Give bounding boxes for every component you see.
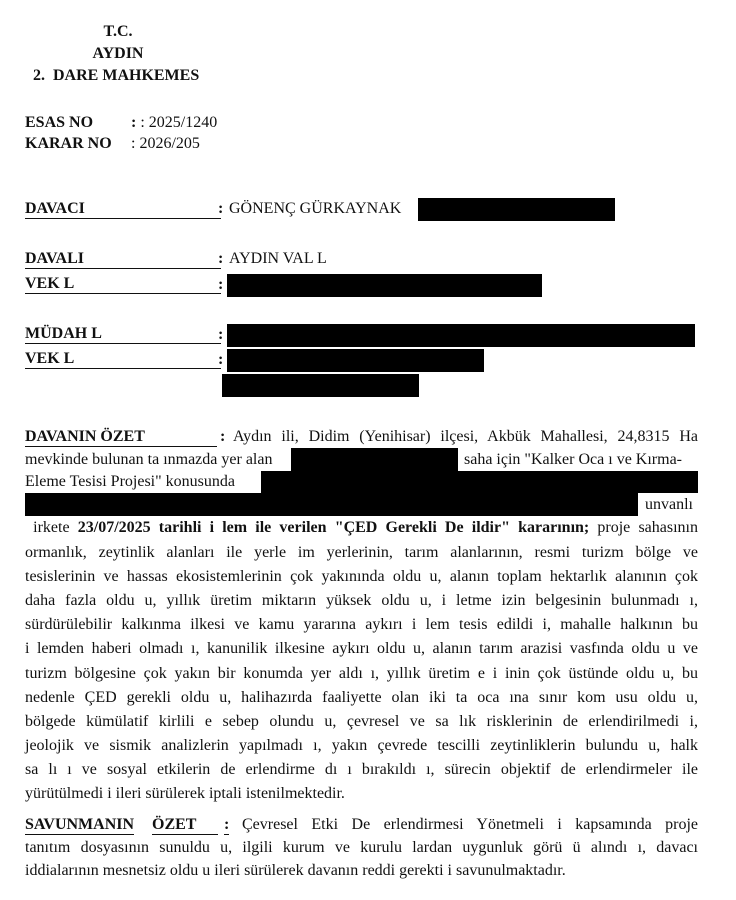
mudahil-colon: : [218, 326, 223, 344]
dava-ozeti-line-8: daha fazla oldu u, yıllık üretim miktarı… [25, 590, 698, 612]
header-court: 2. DARE MAHKEMES [33, 67, 199, 85]
mudahil-label: MÜDAH L [25, 325, 221, 344]
davaci-label: DAVACI [25, 200, 221, 219]
redaction-mudahil [227, 324, 695, 347]
savunma-label-2: ÖZET [152, 816, 218, 835]
vekil1-label: VEK L [25, 275, 221, 294]
dava-ozeti-line-9: sürdürülebilir kalkınma ilkesi ve kamu y… [25, 614, 698, 636]
redaction-saha [291, 448, 458, 471]
header-tc: T.C. [18, 23, 218, 41]
dava-ozeti-line-10: i lemden haberi olmadı ı, kanunilik ilke… [25, 638, 698, 660]
karar-no-label: KARAR NO [25, 135, 112, 153]
dava-ozeti-line-1: Aydın ili, Didim (Yenihisar) ilçesi, Akb… [233, 426, 698, 448]
savunma-line-1: Çevresel Etki De erlendirmesi Yönetmeli … [242, 814, 698, 836]
redaction-vekil2 [227, 349, 484, 372]
vekil2-label: VEK L [25, 350, 221, 369]
dava-ozeti-line-7: tesislerinin ve hassas ekosistemlerinin … [25, 566, 698, 588]
davali-value: AYDIN VAL L [229, 250, 327, 268]
esas-no-value: : : 2025/1240 [131, 114, 217, 132]
ced-decision-text: 23/07/2025 tarihli i lem ile verilen "ÇE… [78, 519, 590, 536]
dava-ozeti-line-11: turizm bölgesine çok yakın bir konumda y… [25, 663, 698, 685]
dava-ozeti-line-2b: saha için "Kalker Oca ı ve Kırma- [464, 451, 682, 469]
dava-ozeti-line-6: ormanlık, zeytinlik alanları ile yerle i… [25, 542, 698, 564]
header-city: AYDIN [18, 45, 218, 63]
dava-ozeti-line-16: yürütülmedi i ileri sürülerek iptali ist… [25, 783, 698, 805]
savunma-line-3: iddialarının mesnetsiz oldu u ileri sürü… [25, 860, 698, 882]
sirkete-text: irkete [25, 519, 78, 536]
davali-label: DAVALI [25, 250, 221, 269]
dava-ozeti-line-4b: unvanlı [645, 496, 693, 514]
dava-ozeti-line-12: nedenle ÇED gerekli oldu u, halihazırda … [25, 687, 698, 709]
proje-sahasinin-text: proje sahasının [589, 519, 698, 536]
dava-ozeti-colon: : [220, 428, 225, 446]
davali-colon: : [218, 250, 223, 268]
redaction-vekil1 [227, 274, 542, 297]
vekil2-colon: : [218, 351, 223, 369]
redaction-company-1 [261, 471, 698, 493]
esas-no-label: ESAS NO [25, 114, 93, 132]
karar-no-value: : 2026/205 [131, 135, 200, 153]
dava-ozeti-line-3a: Eleme Tesisi Projesi" konusunda [25, 473, 235, 491]
davaci-colon: : [218, 200, 223, 218]
dava-ozeti-line-2a: mevkinde bulunan ta ınmazda yer alan [25, 451, 272, 469]
savunma-label-1: SAVUNMANIN [25, 816, 134, 835]
vekil1-colon: : [218, 276, 223, 294]
redaction-vekil2-line2 [222, 374, 419, 397]
esas-no-text: : 2025/1240 [140, 114, 217, 131]
savunma-colon: : [224, 816, 229, 835]
dava-ozeti-label: DAVANIN ÖZET [25, 428, 217, 447]
davaci-value: GÖNENÇ GÜRKAYNAK [229, 200, 401, 218]
redaction-company-2 [25, 493, 638, 516]
dava-ozeti-line-15: sa lı ı ve sosyal etkilerin de erlendirm… [25, 759, 698, 781]
dava-ozeti-line-13: bölgede kümülatif kirlili e sebep olundu… [25, 711, 698, 733]
dava-ozeti-line-14: jeolojik ve sismik analizlerin yapılmadı… [25, 735, 698, 757]
dava-ozeti-line-5: irkete 23/07/2025 tarihli i lem ile veri… [25, 517, 698, 539]
redaction-davaci [418, 198, 615, 221]
savunma-line-2: tanıtım dosyasının sunuldu u, ilgili kur… [25, 837, 698, 859]
